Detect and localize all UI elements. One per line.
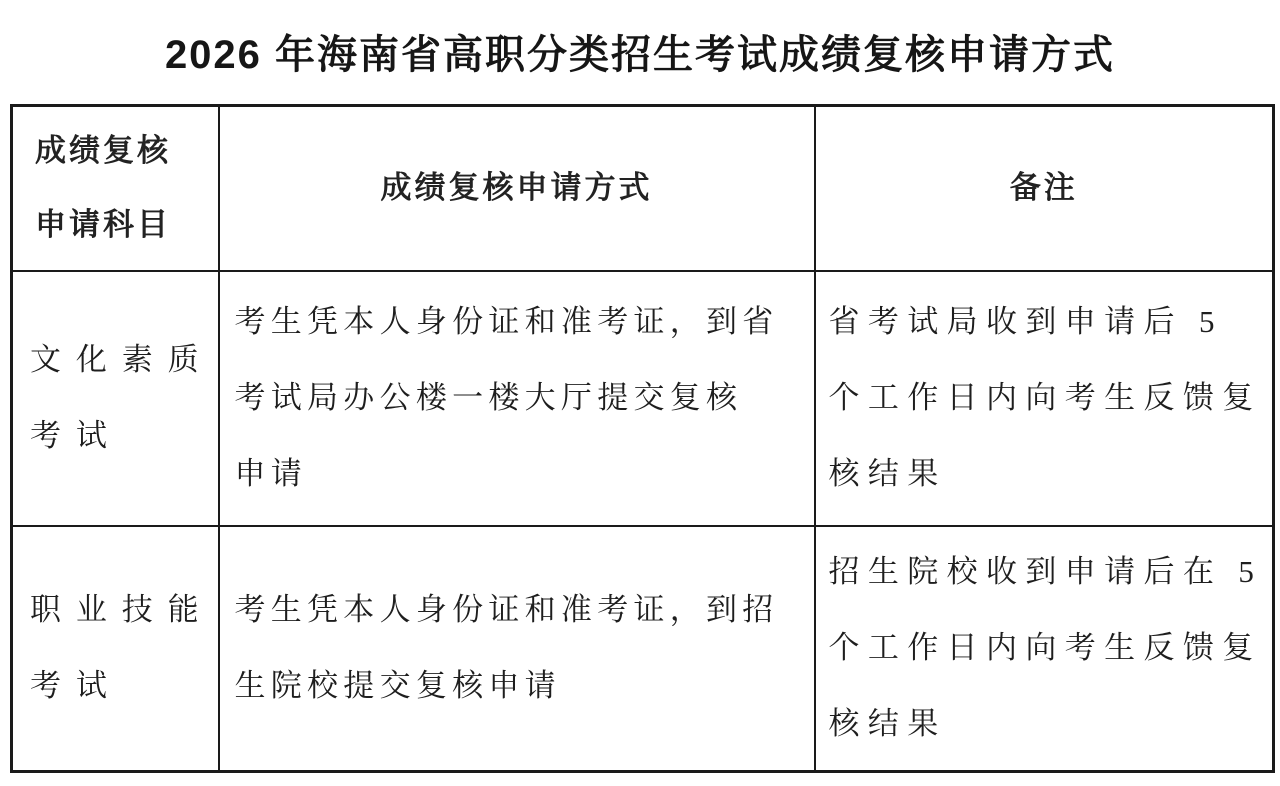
page-title: 2026 年海南省高职分类招生考试成绩复核申请方式 [0,31,1280,79]
header-cell-subject: 成绩复核 申请科目 [12,106,219,271]
header-cell-method: 成绩复核申请方式 [219,106,815,271]
cell-subject-vocational-skills: 职业技能 考试 [12,526,219,772]
cell-note-vocational-skills: 招生院校收到申请后在 5 个工作日内向考生反馈复 核结果 [815,526,1274,772]
score-review-table: 成绩复核 申请科目 成绩复核申请方式 备注 文化素质 考试 考生凭本人身份证和准… [10,104,1275,773]
table-row-vocational-skills: 职业技能 考试 考生凭本人身份证和准考证，到招 生院校提交复核申请 招生院校收到… [12,526,1274,772]
table-row-cultural-quality: 文化素质 考试 考生凭本人身份证和准考证，到省 考试局办公楼一楼大厅提交复核 申… [12,271,1274,526]
cell-note-cultural-quality: 省考试局收到申请后 5 个工作日内向考生反馈复 核结果 [815,271,1274,526]
table-header-row: 成绩复核 申请科目 成绩复核申请方式 备注 [12,106,1274,271]
cell-subject-cultural-quality: 文化素质 考试 [12,271,219,526]
cell-method-cultural-quality: 考生凭本人身份证和准考证，到省 考试局办公楼一楼大厅提交复核 申请 [219,271,815,526]
cell-method-vocational-skills: 考生凭本人身份证和准考证，到招 生院校提交复核申请 [219,526,815,772]
header-cell-note: 备注 [815,106,1274,271]
